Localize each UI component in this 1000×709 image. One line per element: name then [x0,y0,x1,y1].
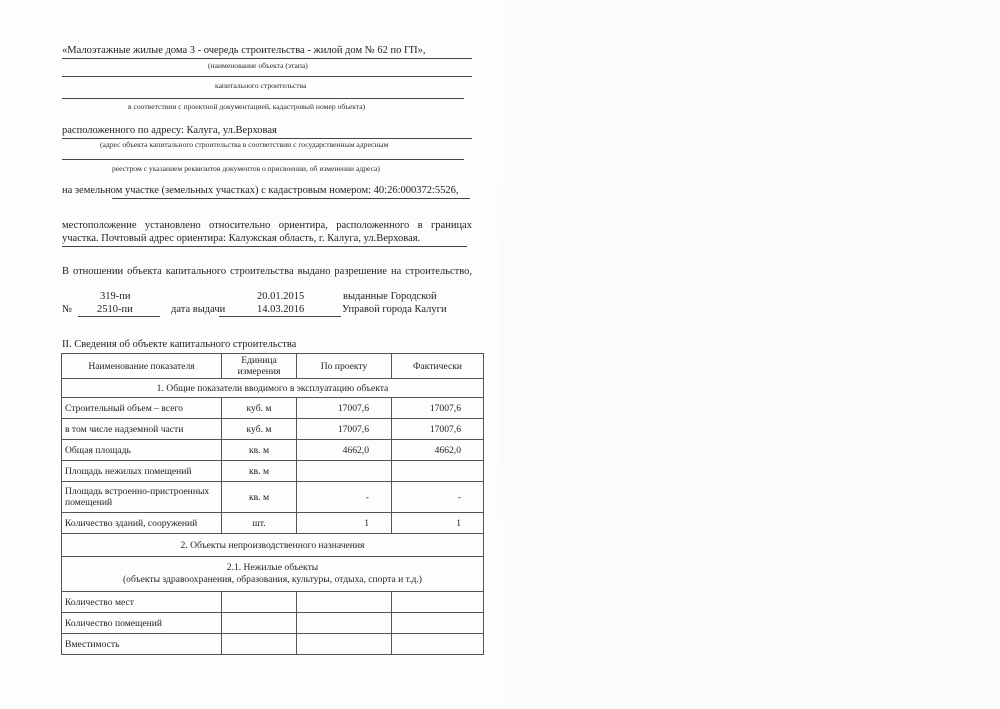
permit-issuer-2: Управой города Калуги [342,304,447,315]
row-project [297,592,392,613]
row-project [297,461,392,482]
underline [112,198,470,199]
table-row: Общая площадь кв. м 4662,0 4662,0 [62,440,484,461]
section-1-title: 1. Общие показатели вводимого в эксплуат… [62,379,484,398]
underline [219,316,341,317]
row-name: Количество зданий, сооружений [62,513,222,534]
object-name: «Малоэтажные жилые дома 3 - очередь стро… [62,45,426,56]
row-name: Количество мест [62,592,222,613]
row-project: 17007,6 [297,398,392,419]
permit-date-2: 14.03.2016 [257,304,304,315]
row-unit: куб. м [222,419,297,440]
underline [62,98,464,99]
section-title: II. Сведения об объекте капитального стр… [62,339,296,350]
row-name: Вместимость [62,634,222,655]
row-project: 17007,6 [297,419,392,440]
permit-issuer-1: выданные Городской [343,291,437,302]
section-row: 2. Объекты непроизводственного назначени… [62,534,484,557]
table-row: Площадь встроенно-пристроенных помещений… [62,482,484,513]
table-row: в том числе надземной части куб. м 17007… [62,419,484,440]
section-2-title: 2. Объекты непроизводственного назначени… [62,534,484,557]
table-row: Вместимость [62,634,484,655]
header-project: По проекту [297,354,392,379]
row-actual [392,634,484,655]
permit-number-label: № [62,304,72,315]
row-unit: шт. [222,513,297,534]
permit-line: В отношении объекта капитального строите… [62,266,472,277]
subsection-2-1-note: (объекты здравоохранения, образования, к… [65,574,480,586]
header-indicator: Наименование показателя [62,354,222,379]
location-line-1: местоположение установлено относительно … [62,220,472,231]
row-name: Площадь нежилых помещений [62,461,222,482]
row-actual: 17007,6 [392,419,484,440]
row-project [297,613,392,634]
land-plot-line: на земельном участке (земельных участках… [62,185,459,196]
permit-number-1: 319-пи [100,291,131,302]
scanned-document-page: «Малоэтажные жилые дома 3 - очередь стро… [0,0,1000,709]
row-project [297,634,392,655]
address-line: расположенного по адресу: Калуга, ул.Вер… [62,125,277,136]
section-row: 1. Общие показатели вводимого в эксплуат… [62,379,484,398]
caption-cadastral: в соответствии с проектной документацией… [128,102,365,111]
row-actual: 17007,6 [392,398,484,419]
underline [78,316,160,317]
location-line-2: участка. Почтовый адрес ориентира: Калуж… [62,233,420,244]
caption-address-1: (адрес объекта капитального строительств… [100,140,388,149]
row-unit [222,592,297,613]
header-actual: Фактически [392,354,484,379]
subsection-2-1-title: 2.1. Нежилые объекты [65,562,480,574]
permit-date-label: дата выдачи [171,304,225,315]
row-unit: куб. м [222,398,297,419]
row-unit [222,613,297,634]
row-project: 4662,0 [297,440,392,461]
underline [62,246,467,247]
row-unit: кв. м [222,482,297,513]
row-name: Строительный объем – всего [62,398,222,419]
underline [62,138,472,139]
underline [62,58,472,59]
row-name: Площадь встроенно-пристроенных помещений [62,482,222,513]
underline [62,76,472,77]
row-actual [392,461,484,482]
table-row: Строительный объем – всего куб. м 17007,… [62,398,484,419]
permit-date-1: 20.01.2015 [257,291,304,302]
table-row: Площадь нежилых помещений кв. м [62,461,484,482]
object-info-table: Наименование показателя Единица измерени… [61,353,484,655]
row-unit: кв. м [222,461,297,482]
header-unit: Единица измерения [222,354,297,379]
table-row: Количество мест [62,592,484,613]
permit-number-2: 2510-пи [97,304,133,315]
caption-object-stage: (наименование объекта (этапа) [208,61,308,70]
row-actual [392,592,484,613]
table-header-row: Наименование показателя Единица измерени… [62,354,484,379]
row-project: 1 [297,513,392,534]
row-actual: 4662,0 [392,440,484,461]
subsection-2-1: 2.1. Нежилые объекты (объекты здравоохра… [62,557,484,592]
row-name: Количество помещений [62,613,222,634]
subsection-row: 2.1. Нежилые объекты (объекты здравоохра… [62,557,484,592]
table-row: Количество помещений [62,613,484,634]
table-row: Количество зданий, сооружений шт. 1 1 [62,513,484,534]
row-project: - [297,482,392,513]
row-actual: 1 [392,513,484,534]
caption-capital-construction: капитального строительства [215,81,306,90]
underline [62,159,464,160]
row-name: Общая площадь [62,440,222,461]
row-unit: кв. м [222,440,297,461]
row-actual: - [392,482,484,513]
caption-address-2: реестром с указанием реквизитов документ… [112,164,380,173]
row-unit [222,634,297,655]
row-actual [392,613,484,634]
row-name: в том числе надземной части [62,419,222,440]
blank-right-area [500,0,1000,709]
